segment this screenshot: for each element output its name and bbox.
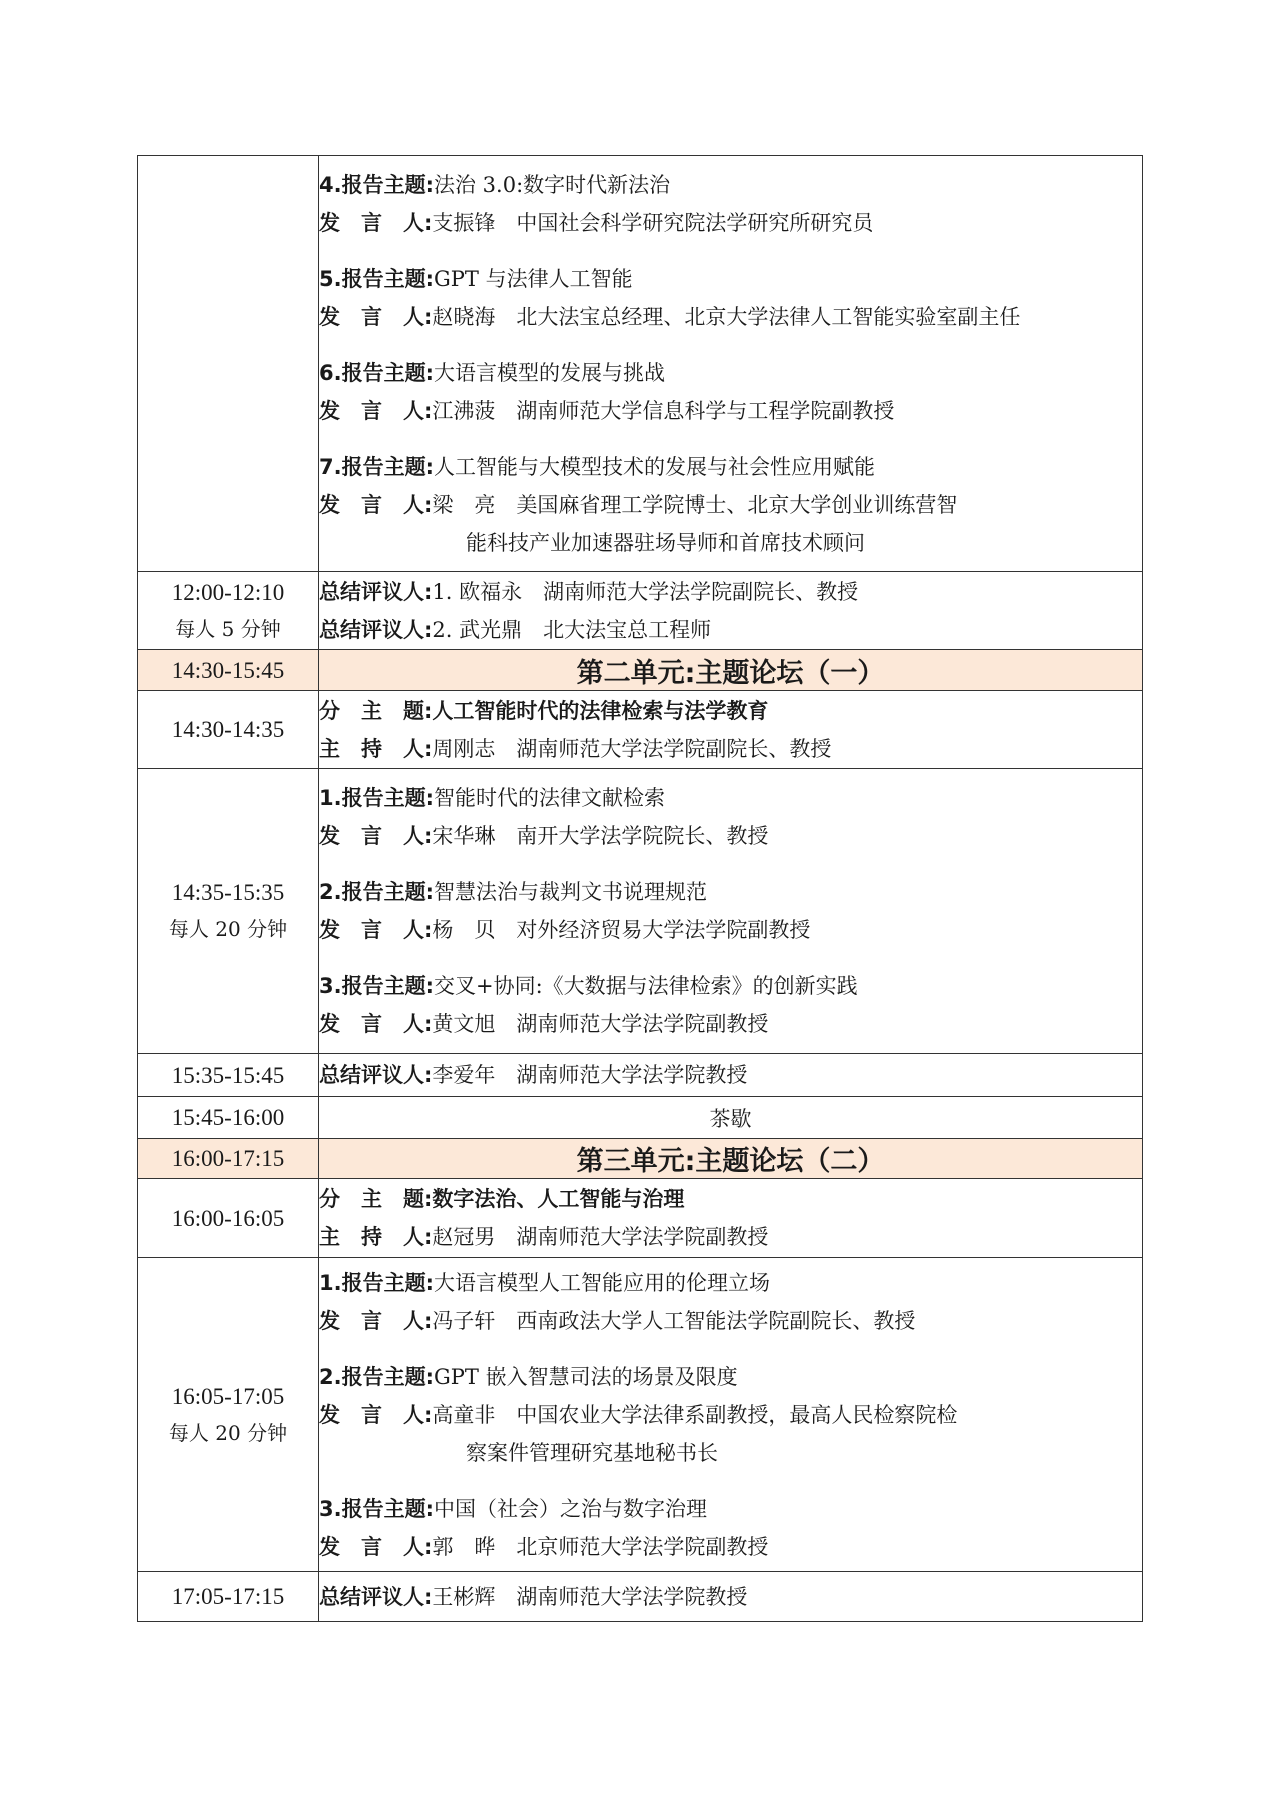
speaker-continuation: 察案件管理研究基地秘书长 [319,1434,1142,1472]
topic-label: 7.报告主题: [319,455,434,479]
agenda-table: 4.报告主题:法治 3.0:数字时代新法治 发 言 人:支振锋 中国社会科学研究… [137,155,1143,1622]
content-cell: 总结评议人:李爱年 湖南师范大学法学院教授 [319,1054,1143,1097]
time-cell: 16:05-17:05 每人 20 分钟 [138,1258,319,1572]
table-row: 16:00-16:05 分 主 题:数字法治、人工智能与治理 主 持 人:赵冠男… [138,1179,1143,1258]
topic-label: 3.报告主题: [319,1497,434,1521]
time-range: 14:35-15:35 [138,874,318,911]
host-value: 周刚志 湖南师范大学法学院副院长、教授 [432,737,831,761]
reviewer-label: 总结评议人: [319,1585,432,1609]
time-cell: 14:30-15:45 [138,650,319,691]
content-cell: 分 主 题:数字法治、人工智能与治理 主 持 人:赵冠男 湖南师范大学法学院副教… [319,1179,1143,1258]
tea-break-label: 茶歇 [319,1097,1143,1139]
topic-label: 2.报告主题: [319,1365,434,1389]
speaker-value: 冯子轩 西南政法大学人工智能法学院副院长、教授 [432,1309,915,1333]
table-row: 17:05-17:15 总结评议人:王彬辉 湖南师范大学法学院教授 [138,1572,1143,1622]
time-note: 每人 5 分钟 [138,611,318,648]
speaker-value: 赵晓海 北大法宝总经理、北京大学法律人工智能实验室副主任 [432,305,1020,329]
time-note: 每人 20 分钟 [138,1415,318,1452]
reviewer-value: 2. 武光鼎 北大法宝总工程师 [432,618,711,642]
topic-value: GPT 与法律人工智能 [434,267,633,291]
table-row: 15:45-16:00 茶歇 [138,1097,1143,1139]
topic-value: 中国（社会）之治与数字治理 [434,1497,707,1521]
topic-label: 1.报告主题: [319,786,434,810]
topic-label: 4.报告主题: [319,173,434,197]
reviewer-value: 李爱年 湖南师范大学法学院教授 [432,1063,747,1087]
speaker-value: 支振锋 中国社会科学研究院法学研究所研究员 [432,211,873,235]
speaker-value: 高童非 中国农业大学法律系副教授，最高人民检察院检 [432,1403,957,1427]
time-note: 每人 20 分钟 [138,911,318,948]
subtopic-value: 数字法治、人工智能与治理 [432,1187,684,1211]
speaker-label: 发 言 人: [319,1309,432,1333]
speaker-label: 发 言 人: [319,305,432,329]
time-range: 16:05-17:05 [138,1378,318,1415]
speaker-value: 江沸菠 湖南师范大学信息科学与工程学院副教授 [432,399,894,423]
topic-value: 大语言模型的发展与挑战 [434,361,665,385]
reviewer-value: 王彬辉 湖南师范大学法学院教授 [432,1585,747,1609]
table-row: 12:00-12:10 每人 5 分钟 总结评议人:1. 欧福永 湖南师范大学法… [138,572,1143,650]
topic-label: 2.报告主题: [319,880,434,904]
subtopic-label: 分 主 题: [319,699,432,723]
content-cell: 总结评议人:王彬辉 湖南师范大学法学院教授 [319,1572,1143,1622]
speaker-continuation: 能科技产业加速器驻场导师和首席技术顾问 [319,524,1142,562]
host-label: 主 持 人: [319,1225,432,1249]
table-row: 14:35-15:35 每人 20 分钟 1.报告主题:智能时代的法律文献检索 … [138,769,1143,1054]
speaker-label: 发 言 人: [319,1012,432,1036]
speaker-label: 发 言 人: [319,824,432,848]
topic-value: 人工智能与大模型技术的发展与社会性应用赋能 [434,455,875,479]
topic-label: 6.报告主题: [319,361,434,385]
content-cell: 分 主 题:人工智能时代的法律检索与法学教育 主 持 人:周刚志 湖南师范大学法… [319,691,1143,769]
topic-value: 交叉+协同:《大数据与法律检索》的创新实践 [434,974,858,998]
time-cell: 14:35-15:35 每人 20 分钟 [138,769,319,1054]
section-header-row: 16:00-17:15 第三单元:主题论坛（二） [138,1139,1143,1179]
topic-label: 5.报告主题: [319,267,434,291]
time-cell: 16:00-17:15 [138,1139,319,1179]
content-cell: 1.报告主题:智能时代的法律文献检索 发 言 人:宋华琳 南开大学法学院院长、教… [319,769,1143,1054]
table-row: 14:30-14:35 分 主 题:人工智能时代的法律检索与法学教育 主 持 人… [138,691,1143,769]
table-row: 15:35-15:45 总结评议人:李爱年 湖南师范大学法学院教授 [138,1054,1143,1097]
time-cell: 16:00-16:05 [138,1179,319,1258]
time-cell: 17:05-17:15 [138,1572,319,1622]
content-cell: 4.报告主题:法治 3.0:数字时代新法治 发 言 人:支振锋 中国社会科学研究… [319,156,1143,572]
content-cell: 总结评议人:1. 欧福永 湖南师范大学法学院副院长、教授 总结评议人:2. 武光… [319,572,1143,650]
topic-value: 大语言模型人工智能应用的伦理立场 [434,1271,770,1295]
section-title: 第三单元:主题论坛（二） [319,1139,1143,1179]
speaker-value: 郭 晔 北京师范大学法学院副教授 [432,1535,768,1559]
speaker-value: 宋华琳 南开大学法学院院长、教授 [432,824,768,848]
speaker-label: 发 言 人: [319,1535,432,1559]
subtopic-value: 人工智能时代的法律检索与法学教育 [432,699,768,723]
subtopic-label: 分 主 题: [319,1187,432,1211]
speaker-label: 发 言 人: [319,211,432,235]
speaker-label: 发 言 人: [319,1403,432,1427]
time-cell: 12:00-12:10 每人 5 分钟 [138,572,319,650]
reviewer-label: 总结评议人: [319,618,432,642]
host-label: 主 持 人: [319,737,432,761]
time-cell: 15:35-15:45 [138,1054,319,1097]
speaker-value: 黄文旭 湖南师范大学法学院副教授 [432,1012,768,1036]
time-cell [138,156,319,572]
time-cell: 15:45-16:00 [138,1097,319,1139]
section-header-row: 14:30-15:45 第二单元:主题论坛（一） [138,650,1143,691]
table-row: 16:05-17:05 每人 20 分钟 1.报告主题:大语言模型人工智能应用的… [138,1258,1143,1572]
host-value: 赵冠男 湖南师范大学法学院副教授 [432,1225,768,1249]
topic-value: GPT 嵌入智慧司法的场景及限度 [434,1365,738,1389]
content-cell: 1.报告主题:大语言模型人工智能应用的伦理立场 发 言 人:冯子轩 西南政法大学… [319,1258,1143,1572]
topic-label: 3.报告主题: [319,974,434,998]
time-range: 12:00-12:10 [138,574,318,611]
topic-value: 法治 3.0:数字时代新法治 [434,173,670,197]
speaker-label: 发 言 人: [319,493,432,517]
speaker-label: 发 言 人: [319,918,432,942]
reviewer-label: 总结评议人: [319,580,432,604]
reviewer-label: 总结评议人: [319,1063,432,1087]
speaker-value: 梁 亮 美国麻省理工学院博士、北京大学创业训练营智 [432,493,957,517]
reviewer-value: 1. 欧福永 湖南师范大学法学院副院长、教授 [432,580,858,604]
topic-value: 智能时代的法律文献检索 [434,786,665,810]
section-title: 第二单元:主题论坛（一） [319,650,1143,691]
table-row: 4.报告主题:法治 3.0:数字时代新法治 发 言 人:支振锋 中国社会科学研究… [138,156,1143,572]
time-cell: 14:30-14:35 [138,691,319,769]
speaker-label: 发 言 人: [319,399,432,423]
topic-label: 1.报告主题: [319,1271,434,1295]
speaker-value: 杨 贝 对外经济贸易大学法学院副教授 [432,918,810,942]
topic-value: 智慧法治与裁判文书说理规范 [434,880,707,904]
